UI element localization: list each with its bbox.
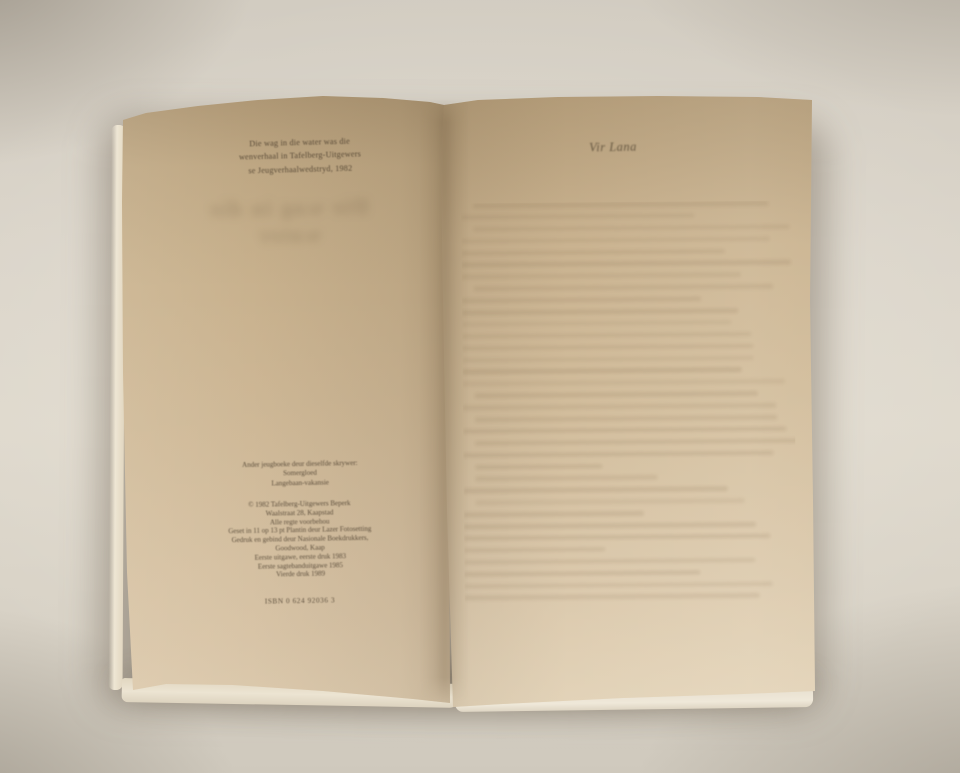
- showthrough-line: [461, 213, 694, 220]
- showthrough-line: [462, 249, 725, 256]
- showthrough-line: [464, 547, 605, 553]
- showthrough-line: [462, 332, 751, 339]
- left-page-top-shading: [118, 92, 450, 710]
- showthrough-line: [462, 272, 741, 279]
- showthrough-line: [464, 534, 770, 541]
- showthrough-lines: [461, 201, 797, 624]
- showthrough-line: [464, 558, 755, 565]
- showthrough-line: [464, 487, 728, 494]
- showthrough-line: [476, 475, 658, 481]
- showthrough-line: [463, 427, 786, 434]
- showthrough-line: [475, 415, 777, 422]
- showthrough-line: [462, 344, 753, 351]
- book-right-page: Vir Lana: [433, 90, 819, 712]
- showthrough-line: [462, 260, 791, 267]
- showthrough-line: [464, 522, 756, 529]
- showthrough-line: [463, 367, 742, 374]
- showthrough-line: [475, 391, 758, 398]
- showthrough-line: [464, 511, 644, 517]
- showthrough-line: [461, 236, 769, 243]
- showthrough-line: [474, 284, 773, 291]
- showthrough-line: [465, 593, 760, 600]
- showthrough-line: [462, 296, 701, 303]
- title-showthrough-ghost: Die wag in die water: [185, 192, 391, 258]
- competition-note: Die wag in die water was diewenverhaal i…: [180, 133, 421, 179]
- showthrough-line: [475, 464, 602, 470]
- showthrough-line: [473, 224, 789, 231]
- showthrough-line: [463, 379, 785, 386]
- showthrough-line: [462, 320, 731, 327]
- showthrough-line: [464, 570, 700, 577]
- showthrough-line: [463, 403, 776, 410]
- dedication-text: Vir Lana: [528, 139, 698, 157]
- imprint-block: © 1982 Tafelberg-Uitgewers BeperkWaalstr…: [169, 498, 430, 582]
- showthrough-line: [463, 450, 773, 457]
- showthrough-line: [476, 498, 745, 505]
- showthrough-line: [464, 581, 772, 588]
- showthrough-line: [462, 308, 738, 315]
- other-books-block: Ander jeugboeke deur dieselfde skrywer: …: [180, 458, 420, 490]
- showthrough-line: [475, 438, 797, 445]
- showthrough-line: [463, 355, 754, 362]
- book-left-page: Die wag in die water was diewenverhaal i…: [118, 92, 450, 710]
